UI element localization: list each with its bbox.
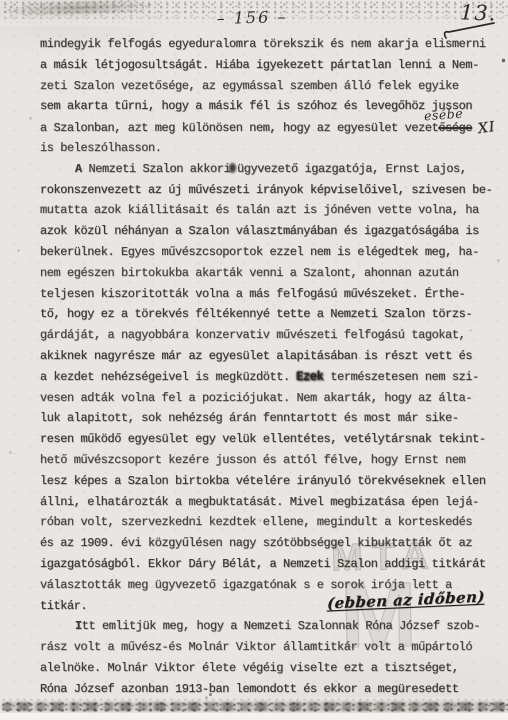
line-text: sem akarta tűrni, hogy a másik fél is sz… xyxy=(40,99,472,113)
text-line: igazgatóságból. Ekkor Dáry Bélát, a Nemz… xyxy=(40,554,492,575)
line-text: a kezdet nehézségeivel is megküzdött. xyxy=(40,370,297,384)
scan-specks xyxy=(0,0,1,1)
handwritten-insert-esebe: esébe xyxy=(424,106,464,124)
line-text: resen működő egyesület egy velük ellenté… xyxy=(40,432,486,446)
text-line: vesen adták volna fel a poziciójukat. Ne… xyxy=(40,388,492,409)
line-text: azok közül néhányan a Szalon választmány… xyxy=(40,224,479,238)
text-line: tő, hogy ez a törekvés féltékennyé tette… xyxy=(40,304,492,325)
handwritten-margin-mark: XI xyxy=(477,117,497,140)
text-line: lesz képes a Szalon birtokba vételére ir… xyxy=(40,471,492,492)
line-text: rokonszenvezett az új művészeti irányok … xyxy=(40,183,492,197)
text-line: is beleszólhasson. xyxy=(40,138,492,159)
text-line: róban volt, szervezkedni kezdtek ellene,… xyxy=(40,512,492,533)
text-line: azok közül néhányan a Szalon választmány… xyxy=(40,221,492,242)
line-text: vesen adták volna fel a poziciójukat. Ne… xyxy=(40,391,472,405)
text-line: alelnöke. Molnár Viktor élete végéig vis… xyxy=(40,658,492,679)
line-text: bekerülnek. Egyes művészcsoportok ezzel … xyxy=(40,245,479,259)
line-text: állni, elhatározták a megbuktatását. Miv… xyxy=(40,495,479,509)
line-text: tő, hogy ez a törekvés féltékennyé tette… xyxy=(40,307,472,321)
line-text: A Nemzeti Szalon akkori ügyvezető igazga… xyxy=(75,162,467,176)
paragraph-first-line: A Nemzeti Szalon akkori ügyvezető igazga… xyxy=(40,159,492,180)
line-text: zeti Szalon vezetősége, az egymással sze… xyxy=(40,79,459,93)
line-text: titkár. xyxy=(40,599,87,613)
line-text: lesz képes a Szalon birtokba vételére ir… xyxy=(40,474,486,488)
text-line: resen működő egyesület egy velük ellenté… xyxy=(40,429,492,450)
ink-blob-overtype xyxy=(228,162,237,174)
folio-number-text: 13. xyxy=(459,0,496,25)
text-line: gárdáját, a nagyobbára konzervativ művés… xyxy=(40,325,492,346)
text-line: bekerülnek. Egyes művészcsoportok ezzel … xyxy=(40,242,492,263)
text-line-with-smudge: a kezdet nehézségeivel is megküzdött. Ez… xyxy=(40,367,492,388)
line-text: teljesen kiszoritották volna a más felfo… xyxy=(40,287,465,301)
line-text: is beleszólhasson. xyxy=(40,141,162,155)
line-text: a Szalonban, azt meg különösen nem, hogy… xyxy=(40,121,438,135)
line-text: természetesen nem szi- xyxy=(324,370,479,384)
text-line: a másik létjogosultságát. Hiába igyekeze… xyxy=(40,55,492,76)
text-line: nem egészen birtokukba akarták venni a S… xyxy=(40,263,492,284)
text-line: mindegyik felfogás egyeduralomra töreksz… xyxy=(40,34,492,55)
text-line: zeti Szalon vezetősége, az egymással sze… xyxy=(40,76,492,97)
line-text: a másik létjogosultságát. Hiába igyekeze… xyxy=(40,58,479,72)
paragraph-first-line: Itt emlitjük meg, hogy a Nemzeti Szalonn… xyxy=(40,616,492,637)
text-line: rász volt a művész-és Molnár Viktor álla… xyxy=(40,637,492,658)
line-text: akiknek nagyrésze már az egyesület alapi… xyxy=(40,349,472,363)
text-line: és az 1909. évi közgyűlésen nagy szótöbb… xyxy=(40,533,492,554)
line-text: mutatta azok kiállitásait és talán azt i… xyxy=(40,203,479,217)
scan-noise-bottom-core xyxy=(2,702,506,711)
line-text: mindegyik felfogás egyeduralomra töreksz… xyxy=(40,37,486,51)
line-text: róban volt, szervezkedni kezdtek ellene,… xyxy=(40,515,472,529)
line-text: Itt emlitjük meg, hogy a Nemzeti Szalonn… xyxy=(75,619,480,633)
text-line: teljesen kiszoritották volna a más felfo… xyxy=(40,284,492,305)
handwritten-page-number: – 156 – xyxy=(182,6,322,29)
line-text: igazgatóságból. Ekkor Dáry Bélát, a Nemz… xyxy=(40,557,486,571)
line-text: luk alapitott, sok nehézség árán fenntar… xyxy=(40,411,459,425)
line-text: rász volt a művész-és Molnár Viktor álla… xyxy=(40,640,472,654)
line-text: gárdáját, a nagyobbára konzervativ művés… xyxy=(40,328,465,342)
text-line: mutatta azok kiállitásait és talán azt i… xyxy=(40,200,492,221)
overtyped-smudged-word: Ezek xyxy=(297,370,324,384)
line-text: Róna József azonban 1913-ban lemondott é… xyxy=(40,682,459,696)
line-text: és az 1909. évi közgyűlésen nagy szótöbb… xyxy=(40,536,472,550)
line-text: alelnöke. Molnár Viktor élete végéig vis… xyxy=(40,661,459,675)
line-text: nem egészen birtokukba akarták venni a S… xyxy=(40,266,459,280)
scanned-document-page: MTA M – 156 – 13. mindegyik felfogás egy… xyxy=(0,0,508,720)
line-text: hető művészcsoport kezére jusson és attó… xyxy=(40,453,465,467)
text-line: akiknek nagyrésze már az egyesület alapi… xyxy=(40,346,492,367)
struck-through-text: ősége xyxy=(438,121,472,135)
scan-bottom-margin xyxy=(0,713,508,720)
line-text: választották meg ügyvezető igazgatónak s… xyxy=(40,578,452,592)
text-line: rokonszenvezett az új művészeti irányok … xyxy=(40,180,492,201)
text-line: állni, elhatározták a megbuktatását. Miv… xyxy=(40,492,492,513)
text-line: hető művészcsoport kezére jusson és attó… xyxy=(40,450,492,471)
text-line: luk alapitott, sok nehézség árán fenntar… xyxy=(40,408,492,429)
